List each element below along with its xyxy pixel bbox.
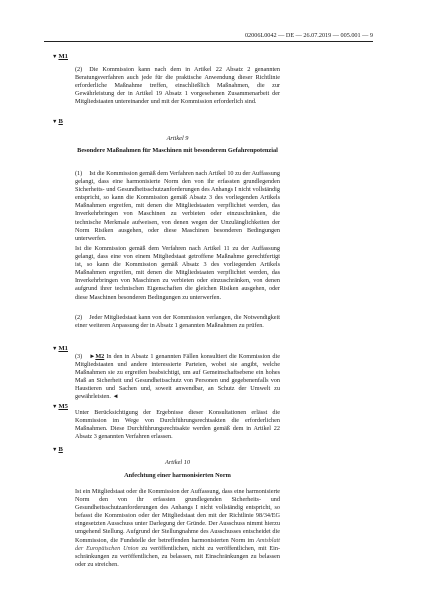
arrow-left-icon: ◄ bbox=[112, 393, 118, 400]
amendment-marker-m1-second[interactable]: ▼M1 bbox=[52, 345, 68, 353]
triangle-down-icon: ▼ bbox=[52, 346, 57, 352]
article-9-paragraph-1b: Ist die Kommission gemäß dem Verfahren n… bbox=[75, 245, 280, 302]
amendment-marker-b-second[interactable]: ▼B bbox=[52, 446, 63, 454]
amendment-marker-m1[interactable]: ▼M1 bbox=[52, 53, 68, 61]
amendment-marker-b[interactable]: ▼B bbox=[52, 118, 63, 126]
page-header: 02006L0042 — DE — 26.07.2019 — 005.001 —… bbox=[44, 31, 373, 42]
article-9-title: Artikel 9 bbox=[75, 135, 280, 142]
article-9-heading: Besondere Maßnahmen für Maschinen mit be… bbox=[75, 147, 280, 155]
article-10-heading: Anfechtung einer harmonisierten Norm bbox=[75, 472, 280, 480]
triangle-down-icon: ▼ bbox=[52, 404, 57, 410]
article-9-paragraph-2: (2)Jeder Mitgliedstaat kann von der Komm… bbox=[75, 314, 280, 330]
paragraph-m1-2: (2)Die Kommission kann nach dem in Artik… bbox=[75, 66, 280, 106]
article-9-paragraph-m5: Unter Berücksichtigung der Ergebnisse di… bbox=[75, 409, 280, 441]
triangle-down-icon: ▼ bbox=[52, 54, 57, 60]
article-10-title: Artikel 10 bbox=[75, 459, 280, 466]
amendment-marker-m5[interactable]: ▼M5 bbox=[52, 403, 68, 411]
triangle-down-icon: ▼ bbox=[52, 119, 57, 125]
triangle-down-icon: ▼ bbox=[52, 447, 57, 453]
article-9-paragraph-1: (1)Ist die Kommission gemäß dem Verfahre… bbox=[75, 170, 280, 243]
document-reference: 02006L0042 — DE — 26.07.2019 — 005.001 —… bbox=[245, 32, 373, 39]
inline-marker-m2[interactable]: ►M2 bbox=[89, 353, 104, 360]
article-10-paragraph: Ist ein Mitgliedstaat oder die Kommissio… bbox=[75, 488, 280, 569]
article-9-paragraph-3: (3)►M2 In den in Absatz 1 genannten Fäll… bbox=[75, 353, 280, 402]
